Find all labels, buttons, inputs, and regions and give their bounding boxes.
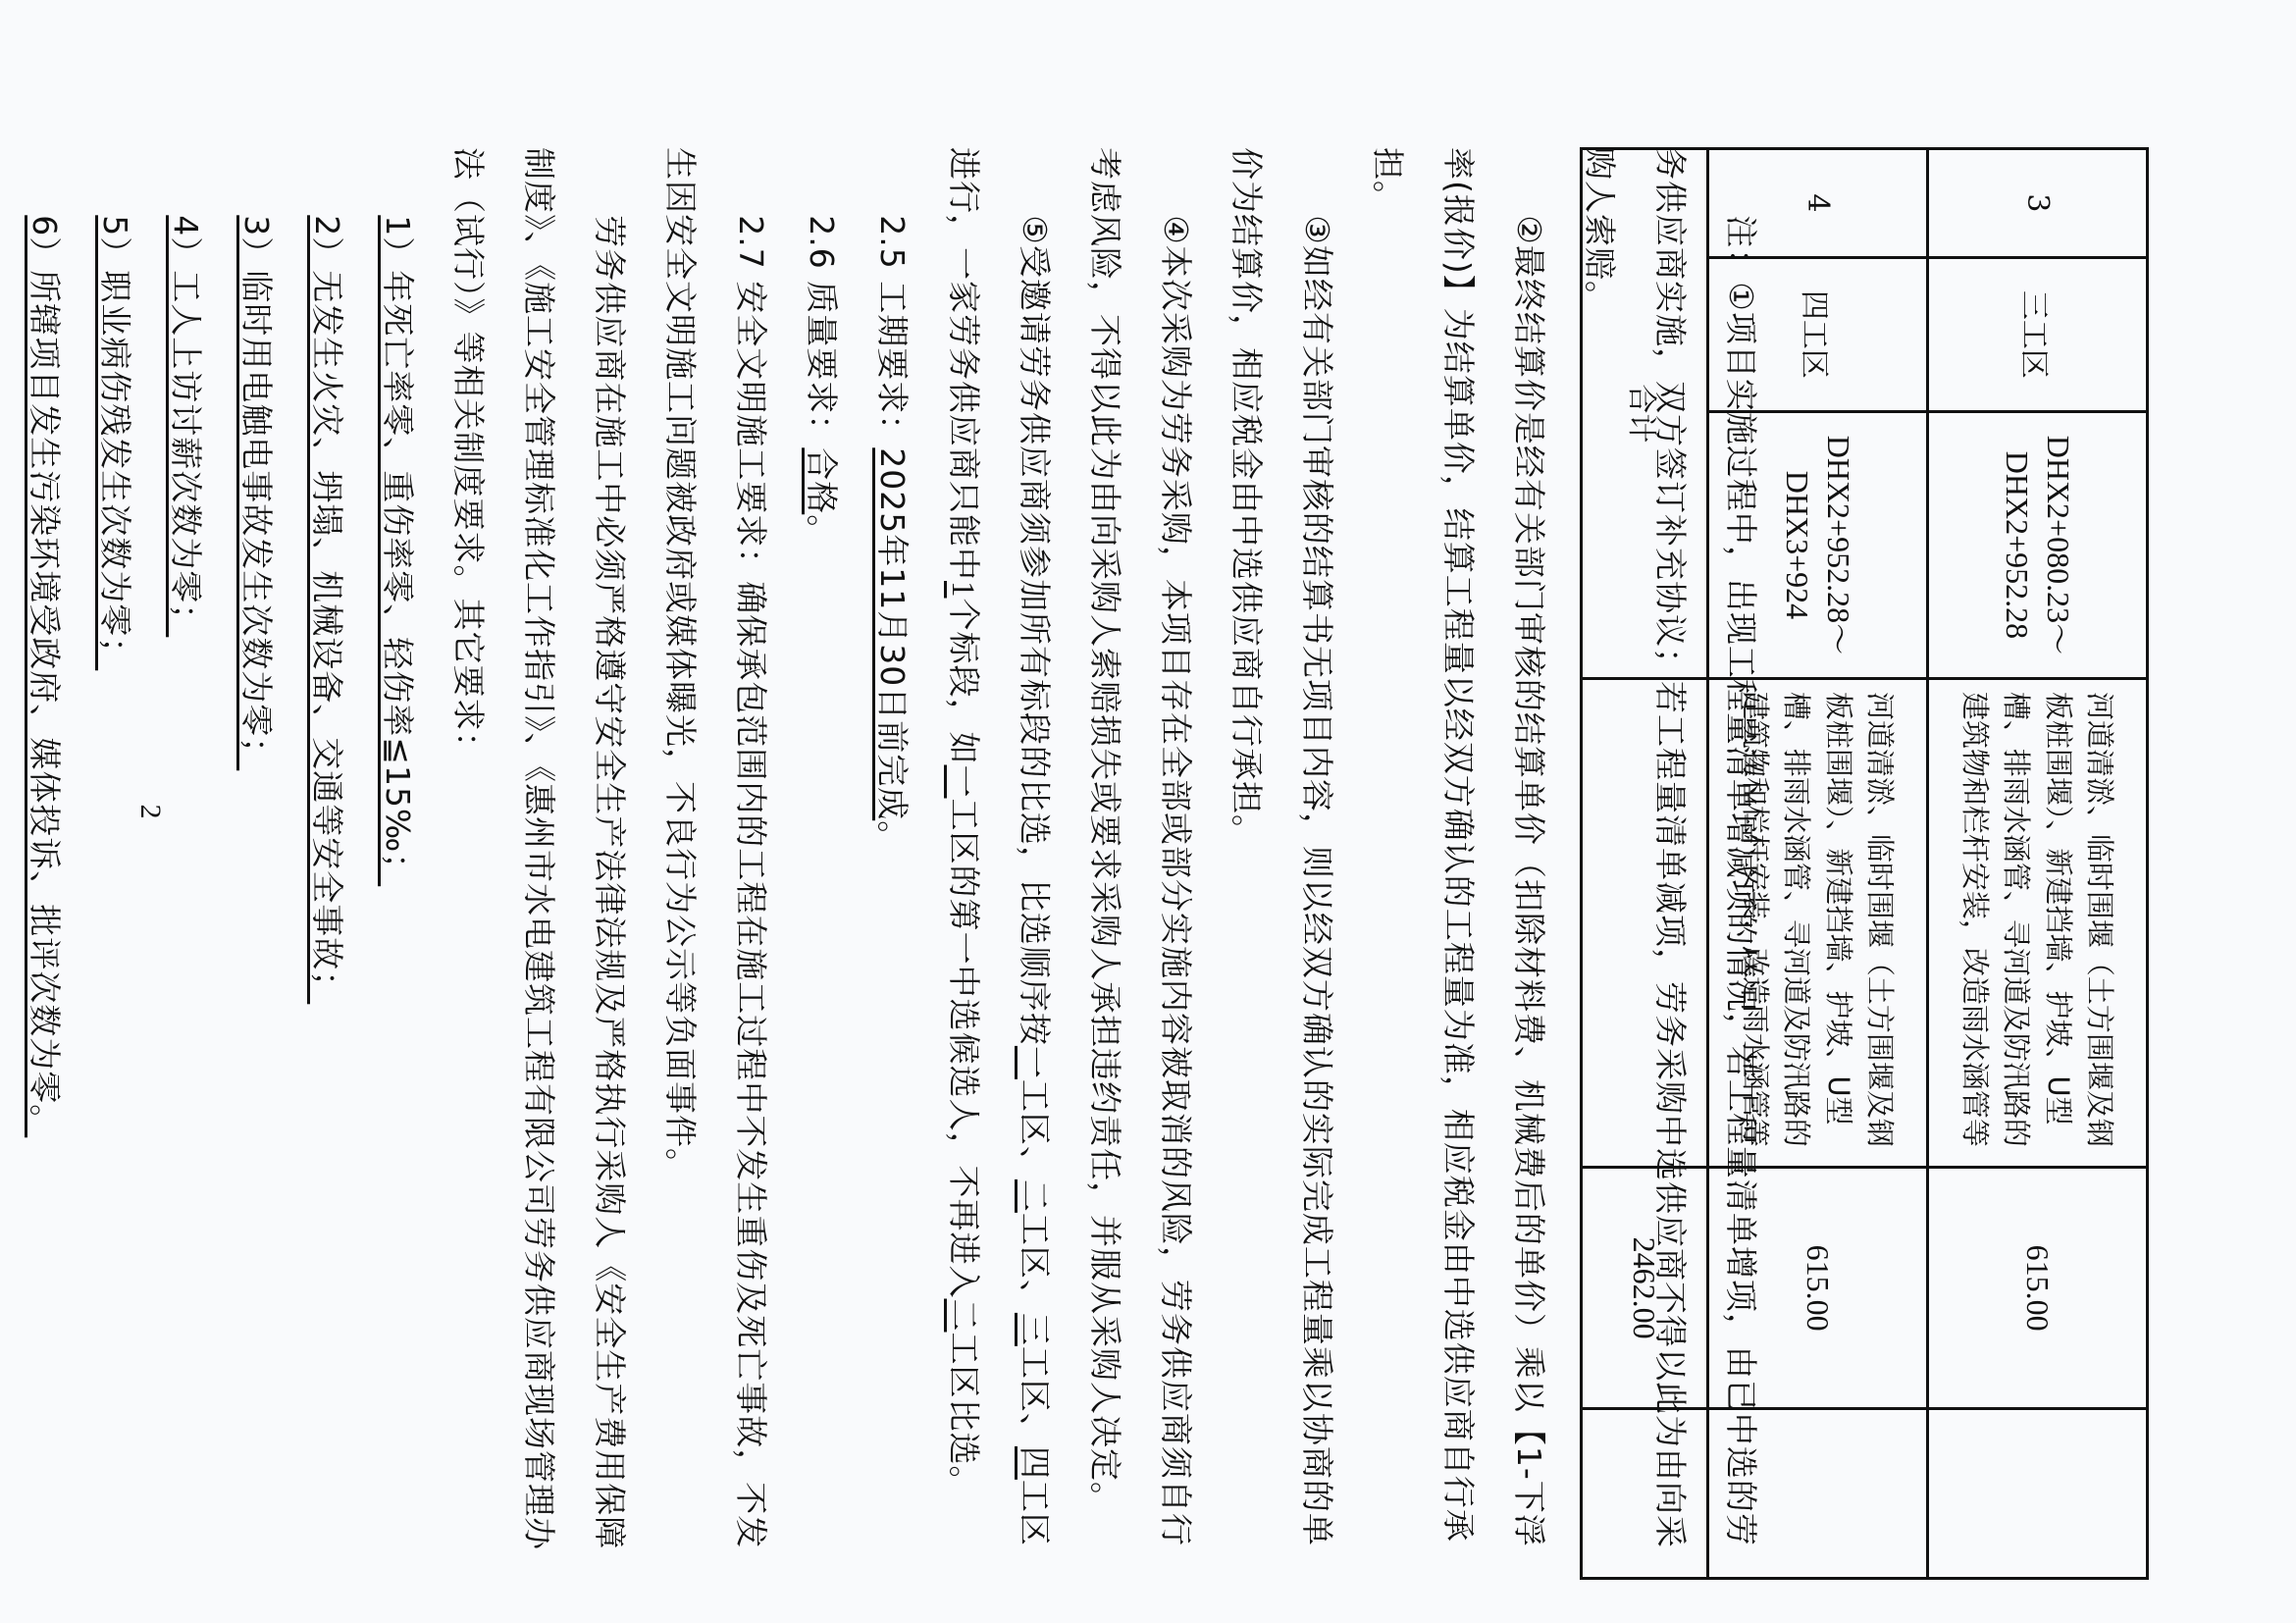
section-2-7: 2.7 安全文明施工要求：确保承包范围内的工程在施工过程中不发生重伤及死亡事故，… <box>645 147 786 1570</box>
deadline-value: 2025年11月30日前完成 <box>873 447 912 820</box>
range-start: DHX2+080.23～ <box>2038 425 2079 665</box>
requirement-item: 3）临时用电触电事故发生次数为零； <box>221 147 291 1570</box>
blank-fill: 1 <box>945 581 980 599</box>
table-row: 3 三工区 DHX2+080.23～ DHX2+952.28 河道清淤、临时围堰… <box>1928 149 2148 1579</box>
note-3: ③如经有关部门审核的结算书无项目内容，则以经双方确认的实际完成工程量乘以协商的单… <box>1211 147 1352 1570</box>
amount: 615.00 <box>1928 1168 2148 1409</box>
note-5: ⑤受邀请劳务供应商须参加所有标段的比选，比选顺序按一工区、二工区、三工区、四工区… <box>927 147 1070 1570</box>
section-label: 2.6 质量要求： <box>803 215 841 447</box>
work-description: 河道清淤、临时围堰（土方围堰及钢板桩围堰）、新建挡墙、护坡、U型槽、排雨水涵管、… <box>1928 678 2148 1167</box>
body-text: 注：①项目实施过程中，出现工程量清单增减项的情况，若工程量清单增项，由已中选的劳… <box>9 147 1776 1570</box>
chainage-range: DHX2+080.23～ DHX2+952.28 <box>1928 412 2148 679</box>
note-2: ②最终结算价是经有关部门审核的结算单价（扣除材料费、机械费后的单价）乘以【1-下… <box>1352 147 1564 1570</box>
requirement-item: 1）年死亡率零、重伤率零、轻伤率≦15‰； <box>362 147 433 1570</box>
quality-value: 合格 <box>803 447 841 514</box>
section-2-5: 2.5 工期要求：2025年11月30日前完成。 <box>857 147 927 1570</box>
blank-fill: 三 <box>1016 1313 1054 1346</box>
section-label: 2.5 工期要求： <box>873 215 912 447</box>
range-end: DHX3+924 <box>1777 425 1818 665</box>
blank-fill: 四 <box>1016 1446 1054 1480</box>
blank-fill: 一 <box>1016 1046 1054 1079</box>
blank-fill: 一 <box>945 765 983 799</box>
note-1: 注：①项目实施过程中，出现工程量清单增减项的情况，若工程量清单增项，由已中选的劳… <box>1564 147 1776 1570</box>
work-area: 三工区 <box>1928 257 2148 411</box>
section-2-7-regulations: 劳务供应商在施工中必须严格遵守安全生产法律法规及严格执行采购人《安全生产费用保障… <box>433 147 645 1570</box>
requirement-item: 6）所辖项目发生污染环境受政府、媒体投诉、批评次数为零。 <box>9 147 79 1570</box>
note-4: ④本次采购为劳务采购，本项目存在全部或部分实施内容被取消的风险，劳务供应商须自行… <box>1070 147 1211 1570</box>
requirement-item: 2）无发生火灾、坍塌、机械设备、交通等安全事故； <box>291 147 362 1570</box>
blank-fill: 二 <box>1016 1179 1054 1213</box>
document-page: 3 三工区 DHX2+080.23～ DHX2+952.28 河道清淤、临时围堰… <box>0 0 2296 1623</box>
section-2-6: 2.6 质量要求：合格。 <box>786 147 857 1570</box>
remarks-cell <box>1928 1409 2148 1579</box>
blank-fill: 二 <box>945 1299 983 1333</box>
row-number: 3 <box>1928 149 2148 258</box>
page-number: 2 <box>133 0 167 1623</box>
range-end: DHX2+952.28 <box>1997 425 2038 665</box>
range-start: DHX2+952.28～ <box>1818 425 1859 665</box>
